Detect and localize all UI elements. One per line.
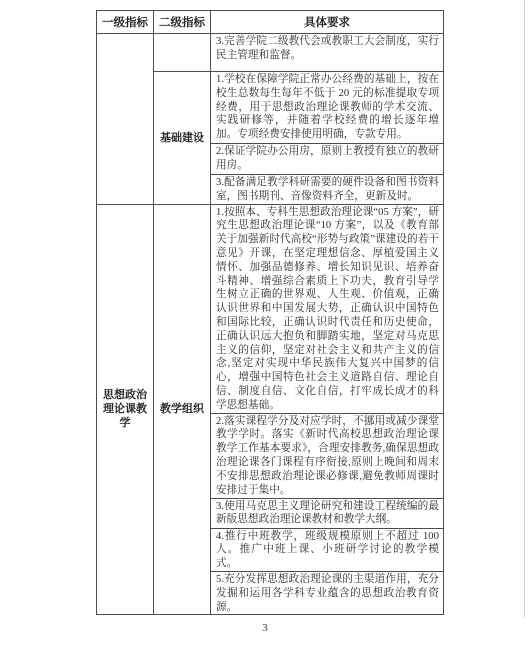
requirement-cell: 3.配备满足教学科研需要的硬件设备和图书资料室，图书期刊、音像资料齐全，更新及时…	[211, 175, 444, 205]
requirement-cell: 4.推行中班教学，班级规模原则上不超过 100 人。推广中班上课、小班研学讨论的…	[211, 528, 444, 571]
requirement-cell: 1.按照本、专科生思想政治理论课“05 方案”，研究生思想政治理论课“10 方案…	[211, 204, 444, 413]
requirement-cell: 1.学校在保障学院正常办公经费的基础上，按在校生总数每生每年不低于 20 元的标…	[211, 72, 444, 144]
requirement-cell: 3.完善学院二级教代会或教职工大会制度，实行民主管理和监督。	[211, 34, 444, 72]
cell-level2-teaching-organization: 教学组织	[154, 204, 211, 615]
header-level2-indicator: 二级指标	[154, 11, 211, 34]
scan-edge-artifact	[524, 0, 525, 618]
indicator-table: 一级指标 二级指标 具体要求 3.完善学院二级教代会或教职工大会制度，实行民主管…	[96, 10, 444, 615]
header-level1-indicator: 一级指标	[97, 11, 154, 34]
requirement-cell: 2.保证学院办公用房，原则上教授有独立的教研用房。	[211, 144, 444, 175]
table-row: 3.完善学院二级教代会或教职工大会制度，实行民主管理和监督。	[97, 34, 444, 72]
cell-level1-ideological-theory-teaching: 思想政治理论课教学	[97, 204, 154, 615]
header-specific-requirements: 具体要求	[211, 11, 444, 34]
header-row: 一级指标 二级指标 具体要求	[97, 11, 444, 34]
table-row: 思想政治理论课教学 教学组织 1.按照本、专科生思想政治理论课“05 方案”，研…	[97, 204, 444, 413]
cell-level2-infrastructure: 基础建设	[154, 72, 211, 205]
cell-level2-continued-empty	[154, 34, 211, 72]
cell-level1-continued-empty	[97, 34, 154, 205]
requirement-cell: 3.使用马克思主义理论研究和建设工程统编的最新版思想政治理论课教材和教学大纲。	[211, 498, 444, 528]
page-number: 3	[0, 622, 530, 634]
requirement-cell: 2.落实课程学分及对应学时，不挪用或减少课堂教学学时。落实《新时代高校思想政治理…	[211, 413, 444, 498]
requirement-cell: 5.充分发挥思想政治理论课的主渠道作用，充分发掘和运用各学科专业蕴含的思想政治教…	[211, 571, 444, 614]
document-page: 一级指标 二级指标 具体要求 3.完善学院二级教代会或教职工大会制度，实行民主管…	[0, 0, 530, 650]
